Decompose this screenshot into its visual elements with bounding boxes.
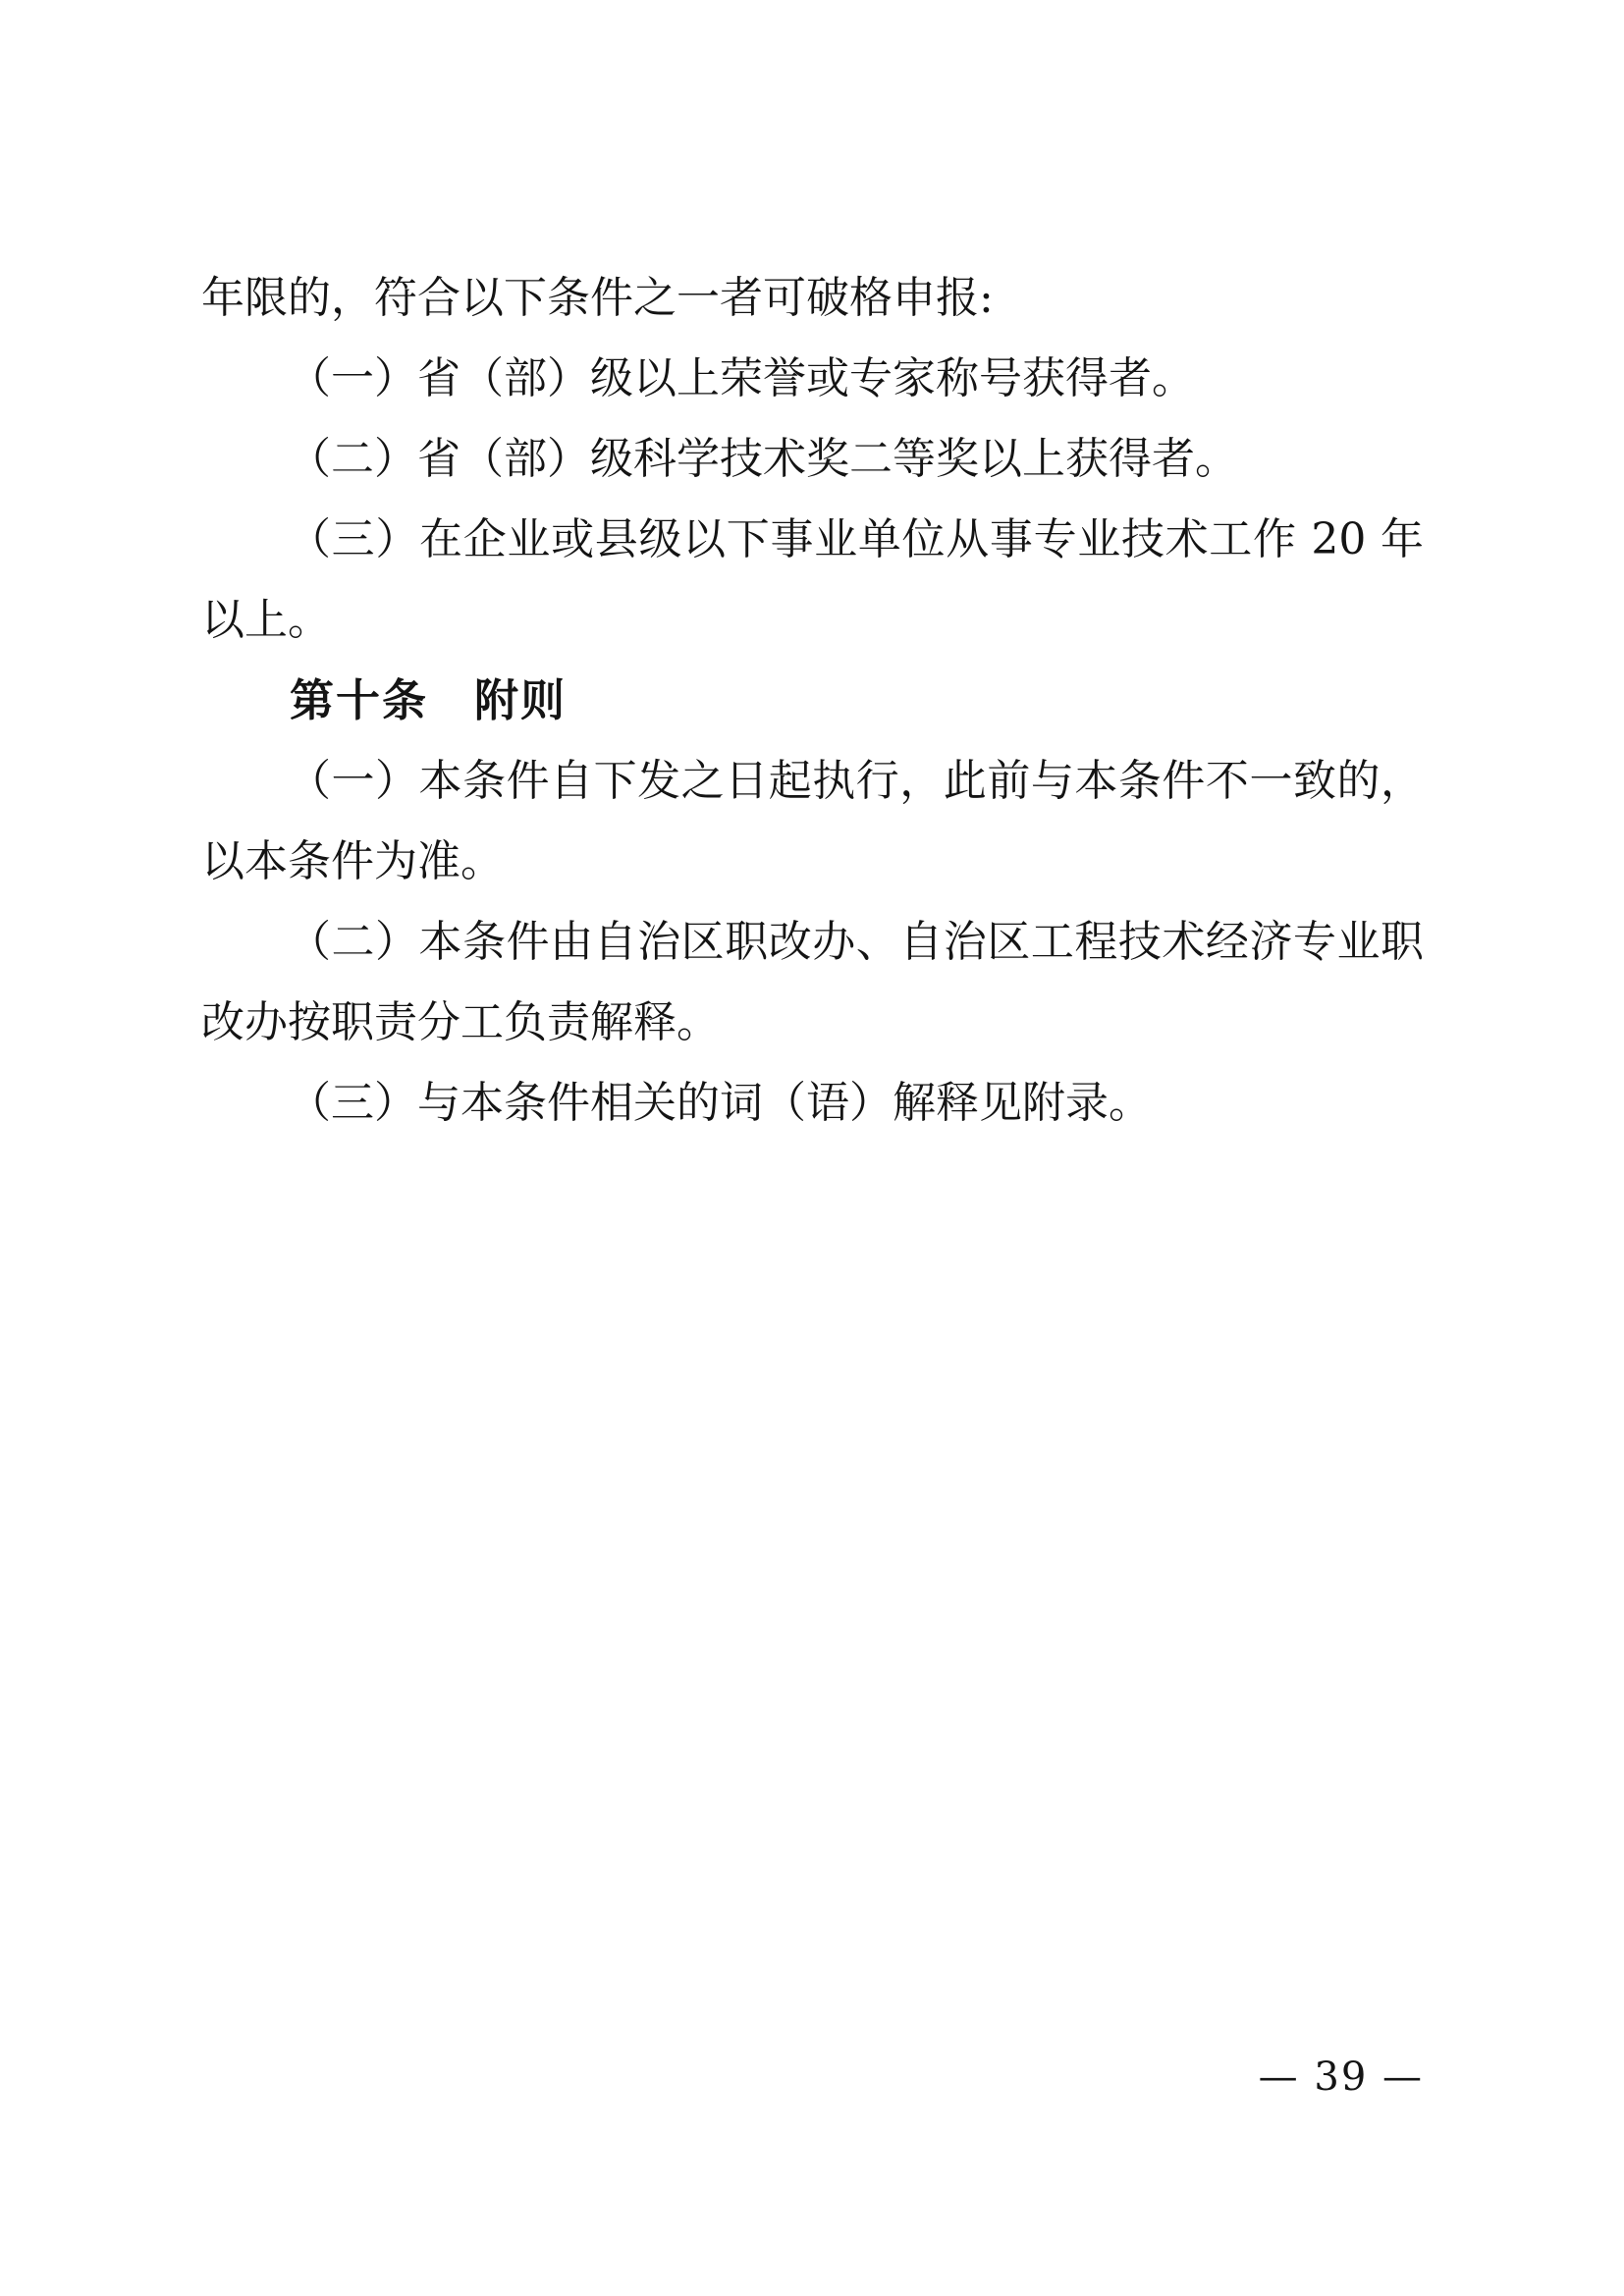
annex-item-3: （三）与本条件相关的词（语）解释见附录。 [201, 1063, 1424, 1144]
page-number: — 39 — [1259, 2055, 1424, 2100]
clause-item-3: （三）在企业或县级以下事业单位从事专业技术工作 20 年以上。 [201, 500, 1424, 661]
article-10-heading: 第十条 附则 [201, 661, 1424, 741]
clause-item-1: （一）省（部）级以上荣誉或专家称号获得者。 [201, 339, 1424, 419]
document-body: 年限的，符合以下条件之一者可破格申报: （一）省（部）级以上荣誉或专家称号获得者… [201, 258, 1424, 1144]
paragraph-continuation: 年限的，符合以下条件之一者可破格申报: [201, 258, 1424, 339]
annex-item-2: （二）本条件由自治区职改办、自治区工程技术经济专业职改办按职责分工负责解释。 [201, 902, 1424, 1063]
document-page: 年限的，符合以下条件之一者可破格申报: （一）省（部）级以上荣誉或专家称号获得者… [0, 0, 1624, 2296]
annex-item-1: （一）本条件自下发之日起执行，此前与本条件不一致的，以本条件为准。 [201, 741, 1424, 902]
clause-item-2: （二）省（部）级科学技术奖二等奖以上获得者。 [201, 419, 1424, 500]
